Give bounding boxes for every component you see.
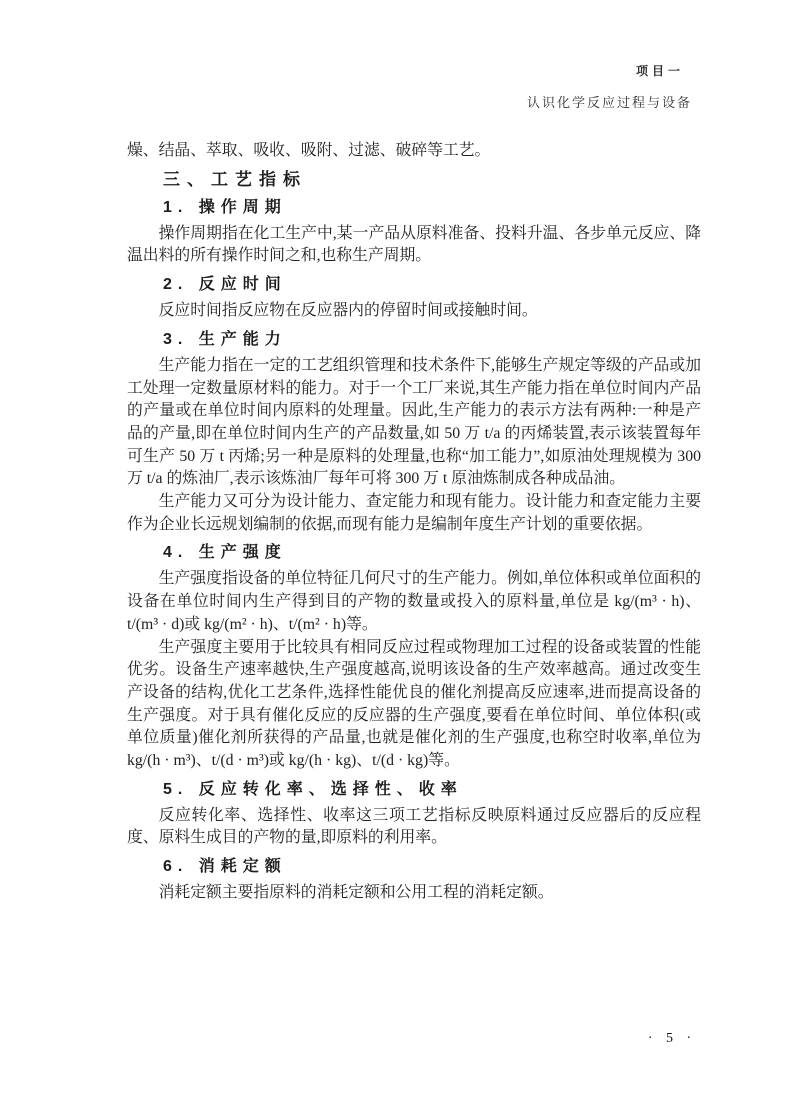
subheading-production-capacity: 3. 生产能力 xyxy=(163,328,701,351)
page-number: · 5 · xyxy=(627,1031,717,1047)
subheading-production-intensity: 4. 生产强度 xyxy=(163,541,701,564)
chapter-label: 项目一 xyxy=(527,62,684,79)
paragraph-consumption-quota: 消耗定额主要指原料的消耗定额和公用工程的消耗定额。 xyxy=(127,882,701,905)
page: 项目一 认识化学反应过程与设备 燥、结晶、萃取、吸收、吸附、过滤、破碎等工艺。 … xyxy=(0,0,799,1114)
section-heading-process-indicators: 三、工艺指标 xyxy=(163,168,701,191)
paragraph-production-intensity-2: 生产强度主要用于比较具有相同反应过程或物理加工过程的设备或装置的性能优劣。设备生… xyxy=(127,637,701,773)
subheading-consumption-quota: 6. 消耗定额 xyxy=(163,855,701,878)
subheading-conversion-selectivity-yield: 5. 反应转化率、选择性、收率 xyxy=(163,778,701,801)
paragraph-production-capacity-1: 生产能力指在一定的工艺组织管理和技术条件下,能够生产规定等级的产品或加工处理一定… xyxy=(127,355,701,491)
running-head: 项目一 认识化学反应过程与设备 xyxy=(527,62,692,111)
paragraph-continuation: 燥、结晶、萃取、吸收、吸附、过滤、破碎等工艺。 xyxy=(127,140,701,163)
chapter-title: 认识化学反应过程与设备 xyxy=(527,92,692,111)
paragraph-production-capacity-2: 生产能力又可分为设计能力、查定能力和现有能力。设计能力和查定能力主要作为企业长远… xyxy=(127,491,701,536)
paragraph-conversion-selectivity-yield: 反应转化率、选择性、收率这三项工艺指标反映原料通过反应器后的反应程度、原料生成目… xyxy=(127,805,701,850)
paragraph-reaction-time: 反应时间指反应物在反应器内的停留时间或接触时间。 xyxy=(127,300,701,323)
paragraph-operation-cycle: 操作周期指在化工生产中,某一产品从原料准备、投料升温、各步单元反应、降温出料的所… xyxy=(127,223,701,268)
subheading-operation-cycle: 1. 操作周期 xyxy=(163,196,701,219)
subheading-reaction-time: 2. 反应时间 xyxy=(163,273,701,296)
page-content: 燥、结晶、萃取、吸收、吸附、过滤、破碎等工艺。 三、工艺指标 1. 操作周期 操… xyxy=(127,140,701,905)
paragraph-production-intensity-1: 生产强度指设备的单位特征几何尺寸的生产能力。例如,单位体积或单位面积的设备在单位… xyxy=(127,568,701,636)
